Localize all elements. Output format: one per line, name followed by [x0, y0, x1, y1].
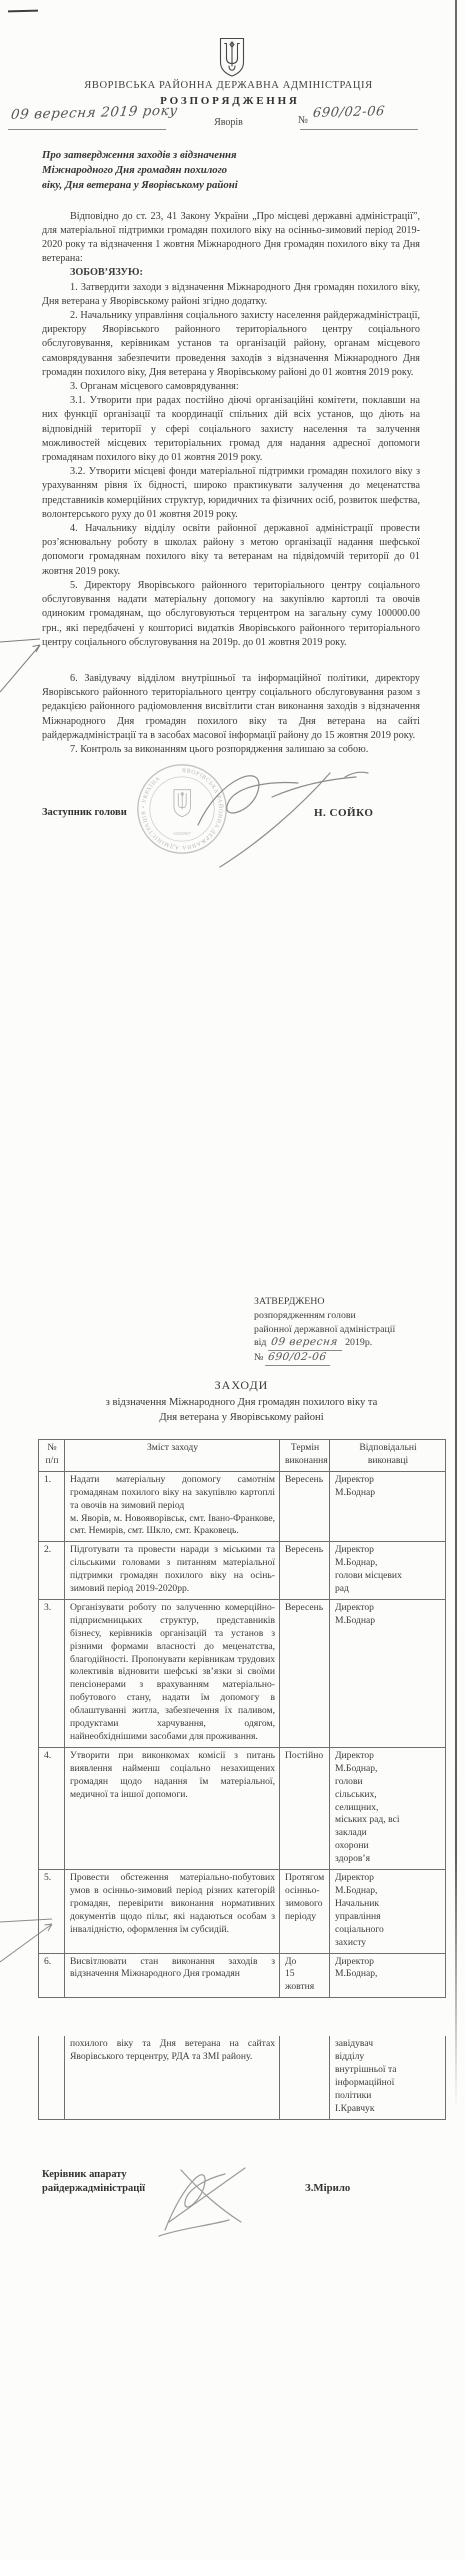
cell-content: Підготувати та провести наради з міським… [65, 1542, 280, 1600]
table-row: 5. Провести обстеження матеріально-побут… [39, 1870, 446, 1953]
cell-content: похилого віку та Дня ветерана на сайтах … [65, 2036, 280, 2119]
date-underline [8, 129, 166, 130]
cell-executors: Директор М.Боднар, голови сільських, сел… [330, 1747, 446, 1869]
table-row: 2. Підготувати та провести наради з місь… [39, 1542, 446, 1600]
cell-content: Провести обстеження матеріально-побутови… [65, 1870, 280, 1953]
handwritten-approved-date: 09 вересня [268, 1336, 344, 1351]
cell-term: Вересень [280, 1542, 330, 1600]
intro-paragraph: Відповідно до ст. 23, 41 Закону України … [42, 210, 420, 267]
cell-executors: Директор М.Боднар [330, 1599, 446, 1747]
signer-name: З.Мірило [305, 2182, 350, 2194]
handwritten-doc-number: 690/02-06 [312, 104, 386, 121]
subject-title: Про затвердження заходів з відзначення М… [42, 148, 420, 194]
cell-num: 5. [39, 1870, 65, 1953]
col-header-term: Термін виконання [280, 1439, 330, 1471]
cell-content: Організувати роботу по залученню комерці… [65, 1599, 280, 1747]
order-item-1: 1. Затвердити заходи з відзначення Міжна… [42, 281, 420, 309]
approved-number-prefix: № [254, 1352, 263, 1363]
cell-term [280, 2036, 330, 2119]
cell-num: 3. [39, 1599, 65, 1747]
cell-num: 1. [39, 1471, 65, 1542]
approved-date-prefix: від [254, 1337, 266, 1348]
cell-term: Постійно [280, 1747, 330, 1869]
cell-content: Висвітлювати стан виконання заходів з ві… [65, 1953, 280, 1998]
cell-executors: Директор М.Боднар, [330, 1953, 446, 1998]
order-item-3-1: 3.1. Утворити при радах постійно діючі о… [42, 394, 420, 465]
measures-table: № п/п Зміст заходу Термін виконання Відп… [38, 1439, 446, 1998]
annex-section: ЗАТВЕРДЖЕНО розпорядженням голови районн… [38, 1295, 445, 2256]
table-header-row: № п/п Зміст заходу Термін виконання Відп… [39, 1439, 446, 1471]
approved-line: розпорядженням голови [254, 1309, 445, 1323]
cell-executors: завідувач відділу внутрішньої та інформа… [330, 2036, 446, 2119]
measures-title: ЗАХОДИ [38, 1378, 445, 1393]
approved-number-line: № 690/02-06 [254, 1351, 445, 1366]
cell-executors: Директор М.Боднар, Начальник управління … [330, 1870, 446, 1953]
order-item-4: 4. Начальнику відділу освіти районної де… [42, 522, 420, 579]
approved-stamp-block: ЗАТВЕРДЖЕНО розпорядженням голови районн… [254, 1295, 445, 1366]
scan-edge-line [455, 0, 457, 2110]
signer-name: Н. СОЙКО [314, 807, 373, 819]
order-item-6: 6. Завідувачу відділом внутрішньої та ін… [42, 672, 420, 743]
signature-block-2: Керівник апарату райдержадміністрації З.… [38, 2156, 445, 2256]
org-name: ЯВОРІВСЬКА РАЙОННА ДЕРЖАВНА АДМІНІСТРАЦІ… [0, 80, 457, 91]
table-row: похилого віку та Дня ветерана на сайтах … [39, 2036, 446, 2119]
approved-date-line: від 09 вересня 2019р. [254, 1336, 445, 1351]
ukraine-trident-emblem-icon [217, 36, 247, 78]
number-underline [300, 129, 418, 130]
order-item-5: 5. Директору Яворівського районного тери… [42, 579, 420, 650]
cell-executors: Директор М.Боднар, голови місцевих рад [330, 1542, 446, 1600]
col-header-content: Зміст заходу [65, 1439, 280, 1471]
cell-term: Вересень [280, 1471, 330, 1542]
cell-term: Протягом осінньо- зимового періоду [280, 1870, 330, 1953]
col-header-executors: Відповідальні виконавці [330, 1439, 446, 1471]
order-body: Про затвердження заходів з відзначення М… [42, 148, 420, 901]
approved-line: районної державної адміністрації [254, 1323, 445, 1337]
col-header-num: № п/п [39, 1439, 65, 1471]
cell-num [39, 2036, 65, 2119]
cell-content: Надати матеріальну допомогу самотнім гро… [65, 1471, 280, 1542]
pen-arrow-mark-icon [0, 628, 60, 723]
scan-dash-mark [8, 10, 38, 13]
signature-icon [153, 2150, 283, 2245]
measures-table-continuation: похилого віку та Дня ветерана на сайтах … [38, 2036, 446, 2119]
approved-line: ЗАТВЕРДЖЕНО [254, 1295, 445, 1309]
doc-number-label: № [298, 115, 308, 126]
cell-num: 6. [39, 1953, 65, 1998]
place-name: Яворів [0, 117, 457, 128]
cell-term: До 15 жовтня [280, 1953, 330, 1998]
order-item-3: 3. Органам місцевого самоврядування: [42, 380, 420, 394]
cell-num: 4. [39, 1747, 65, 1869]
order-item-3-2: 3.2. Утворити місцеві фонди матеріальної… [42, 465, 420, 522]
cell-num: 2. [39, 1542, 65, 1600]
measures-subtitle: з відзначення Міжнародного Дня громадян … [38, 1395, 445, 1425]
document-scan-page: ЯВОРІВСЬКА РАЙОННА ДЕРЖАВНА АДМІНІСТРАЦІ… [0, 0, 465, 2560]
cell-term: Вересень [280, 1599, 330, 1747]
signer-title: Заступник голови [42, 807, 127, 818]
table-row: 6. Висвітлювати стан виконання заходів з… [39, 1953, 446, 1998]
table-row: 4. Утворити при виконкомах комісії з пит… [39, 1747, 446, 1869]
signer-title: Керівник апарату райдержадміністрації [42, 2168, 145, 2196]
order-item-2: 2. Начальнику управління соціального зах… [42, 309, 420, 380]
obligation-heading: ЗОБОВ’ЯЗУЮ: [42, 266, 420, 280]
table-row: 3. Організувати роботу по залученню коме… [39, 1599, 446, 1747]
handwritten-approved-number: 690/02-06 [265, 1351, 332, 1366]
table-row: 1. Надати матеріальну допомогу самотнім … [39, 1471, 446, 1542]
approved-date-suffix: 2019р. [345, 1337, 372, 1348]
scanned-document: { "page1": { "org": "ЯВОРІВСЬКА РАЙОННА … [0, 0, 465, 2560]
cell-content: Утворити при виконкомах комісії з питань… [65, 1747, 280, 1869]
cell-executors: Директор М.Боднар [330, 1471, 446, 1542]
signature-block-1: ЯВОРІВСЬКА РАЙОННА ДЕРЖАВНА АДМІНІСТРАЦІ… [42, 777, 420, 901]
